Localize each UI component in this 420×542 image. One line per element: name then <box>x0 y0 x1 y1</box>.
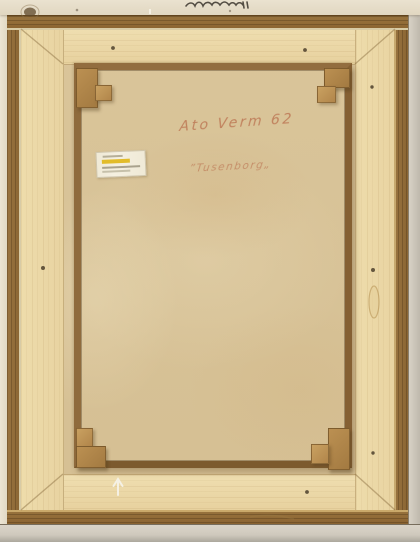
chalk-arrow-icon <box>114 479 123 495</box>
mitre-joint-lines <box>21 29 395 510</box>
top-inscription-handwriting <box>186 2 248 8</box>
framed-artwork-back-photo: Ato Verm 62 ”Tusenborg„ <box>0 0 420 542</box>
wood-knots <box>21 5 379 519</box>
photo-detail-overlay <box>0 0 420 542</box>
nail-hole-dots <box>41 9 375 494</box>
